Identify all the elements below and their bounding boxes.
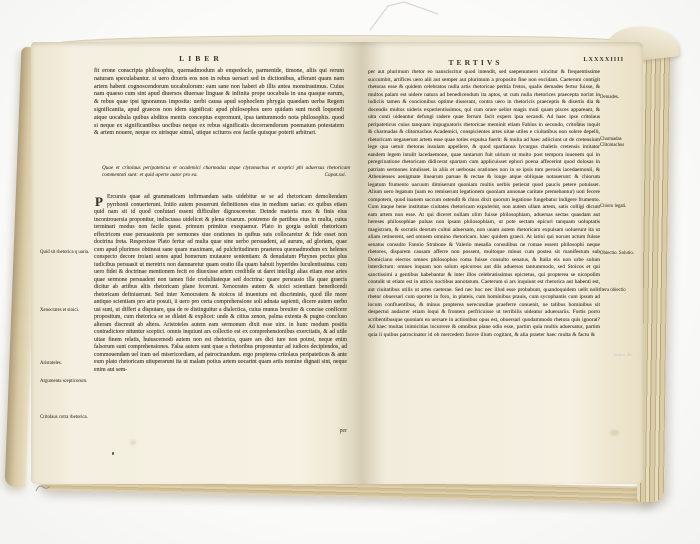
pencil-inscription — [34, 482, 52, 494]
left-margin-note: Critolaus cotra rhetorica. — [40, 415, 90, 421]
right-margin-note: Iteru obiectio — [600, 288, 642, 294]
left-margin-note: Quid sit rhetorica q uaria. — [40, 250, 90, 256]
chapter-summary-text: Quae et critolaus peripateticus et acade… — [102, 165, 350, 178]
foxing-spot — [130, 440, 136, 445]
chapter-summary: Quae et critolaus peripateticus et acade… — [102, 165, 350, 178]
right-margin-note: Chioru legati. — [600, 204, 642, 210]
left-paragraph-2-text: Ercursis quae ad grammaticam infirmandam… — [94, 194, 347, 373]
right-paragraph: per aut plurimum rhetor eo nansciscitur … — [368, 69, 600, 339]
show-through-note: Aristot. lib. — [613, 352, 647, 357]
right-margin-note: Obiectio. Solutio. — [600, 251, 642, 257]
left-margin-note: Argumenta scepticorum. — [40, 379, 90, 385]
catchword: per — [94, 428, 347, 434]
chapter-number-label: Caput.xxi. — [325, 172, 346, 179]
left-paragraph-1: fit erone conscripta philosophis, quemad… — [94, 68, 344, 138]
ink-dot — [112, 452, 114, 455]
folio-number: LXXXXIIII — [548, 56, 624, 63]
left-paragraph-2: PErcursis quae ad grammaticam infirmanda… — [94, 194, 347, 374]
foxing-spot — [610, 430, 619, 436]
right-margin-note: Demades. — [600, 95, 642, 101]
drop-cap-initial: P — [94, 194, 107, 208]
photo-backdrop: LIBER fit erone conscripta philosophis, … — [0, 0, 700, 544]
right-running-head: TERTIVS — [398, 58, 553, 67]
left-running-head: LIBER — [96, 54, 306, 63]
right-margin-note: Charmadas Clitomachus — [600, 137, 642, 149]
left-margin-note: Aristoteles. — [40, 361, 90, 367]
left-margin-note: Xenocrates et stoici. — [40, 308, 90, 314]
